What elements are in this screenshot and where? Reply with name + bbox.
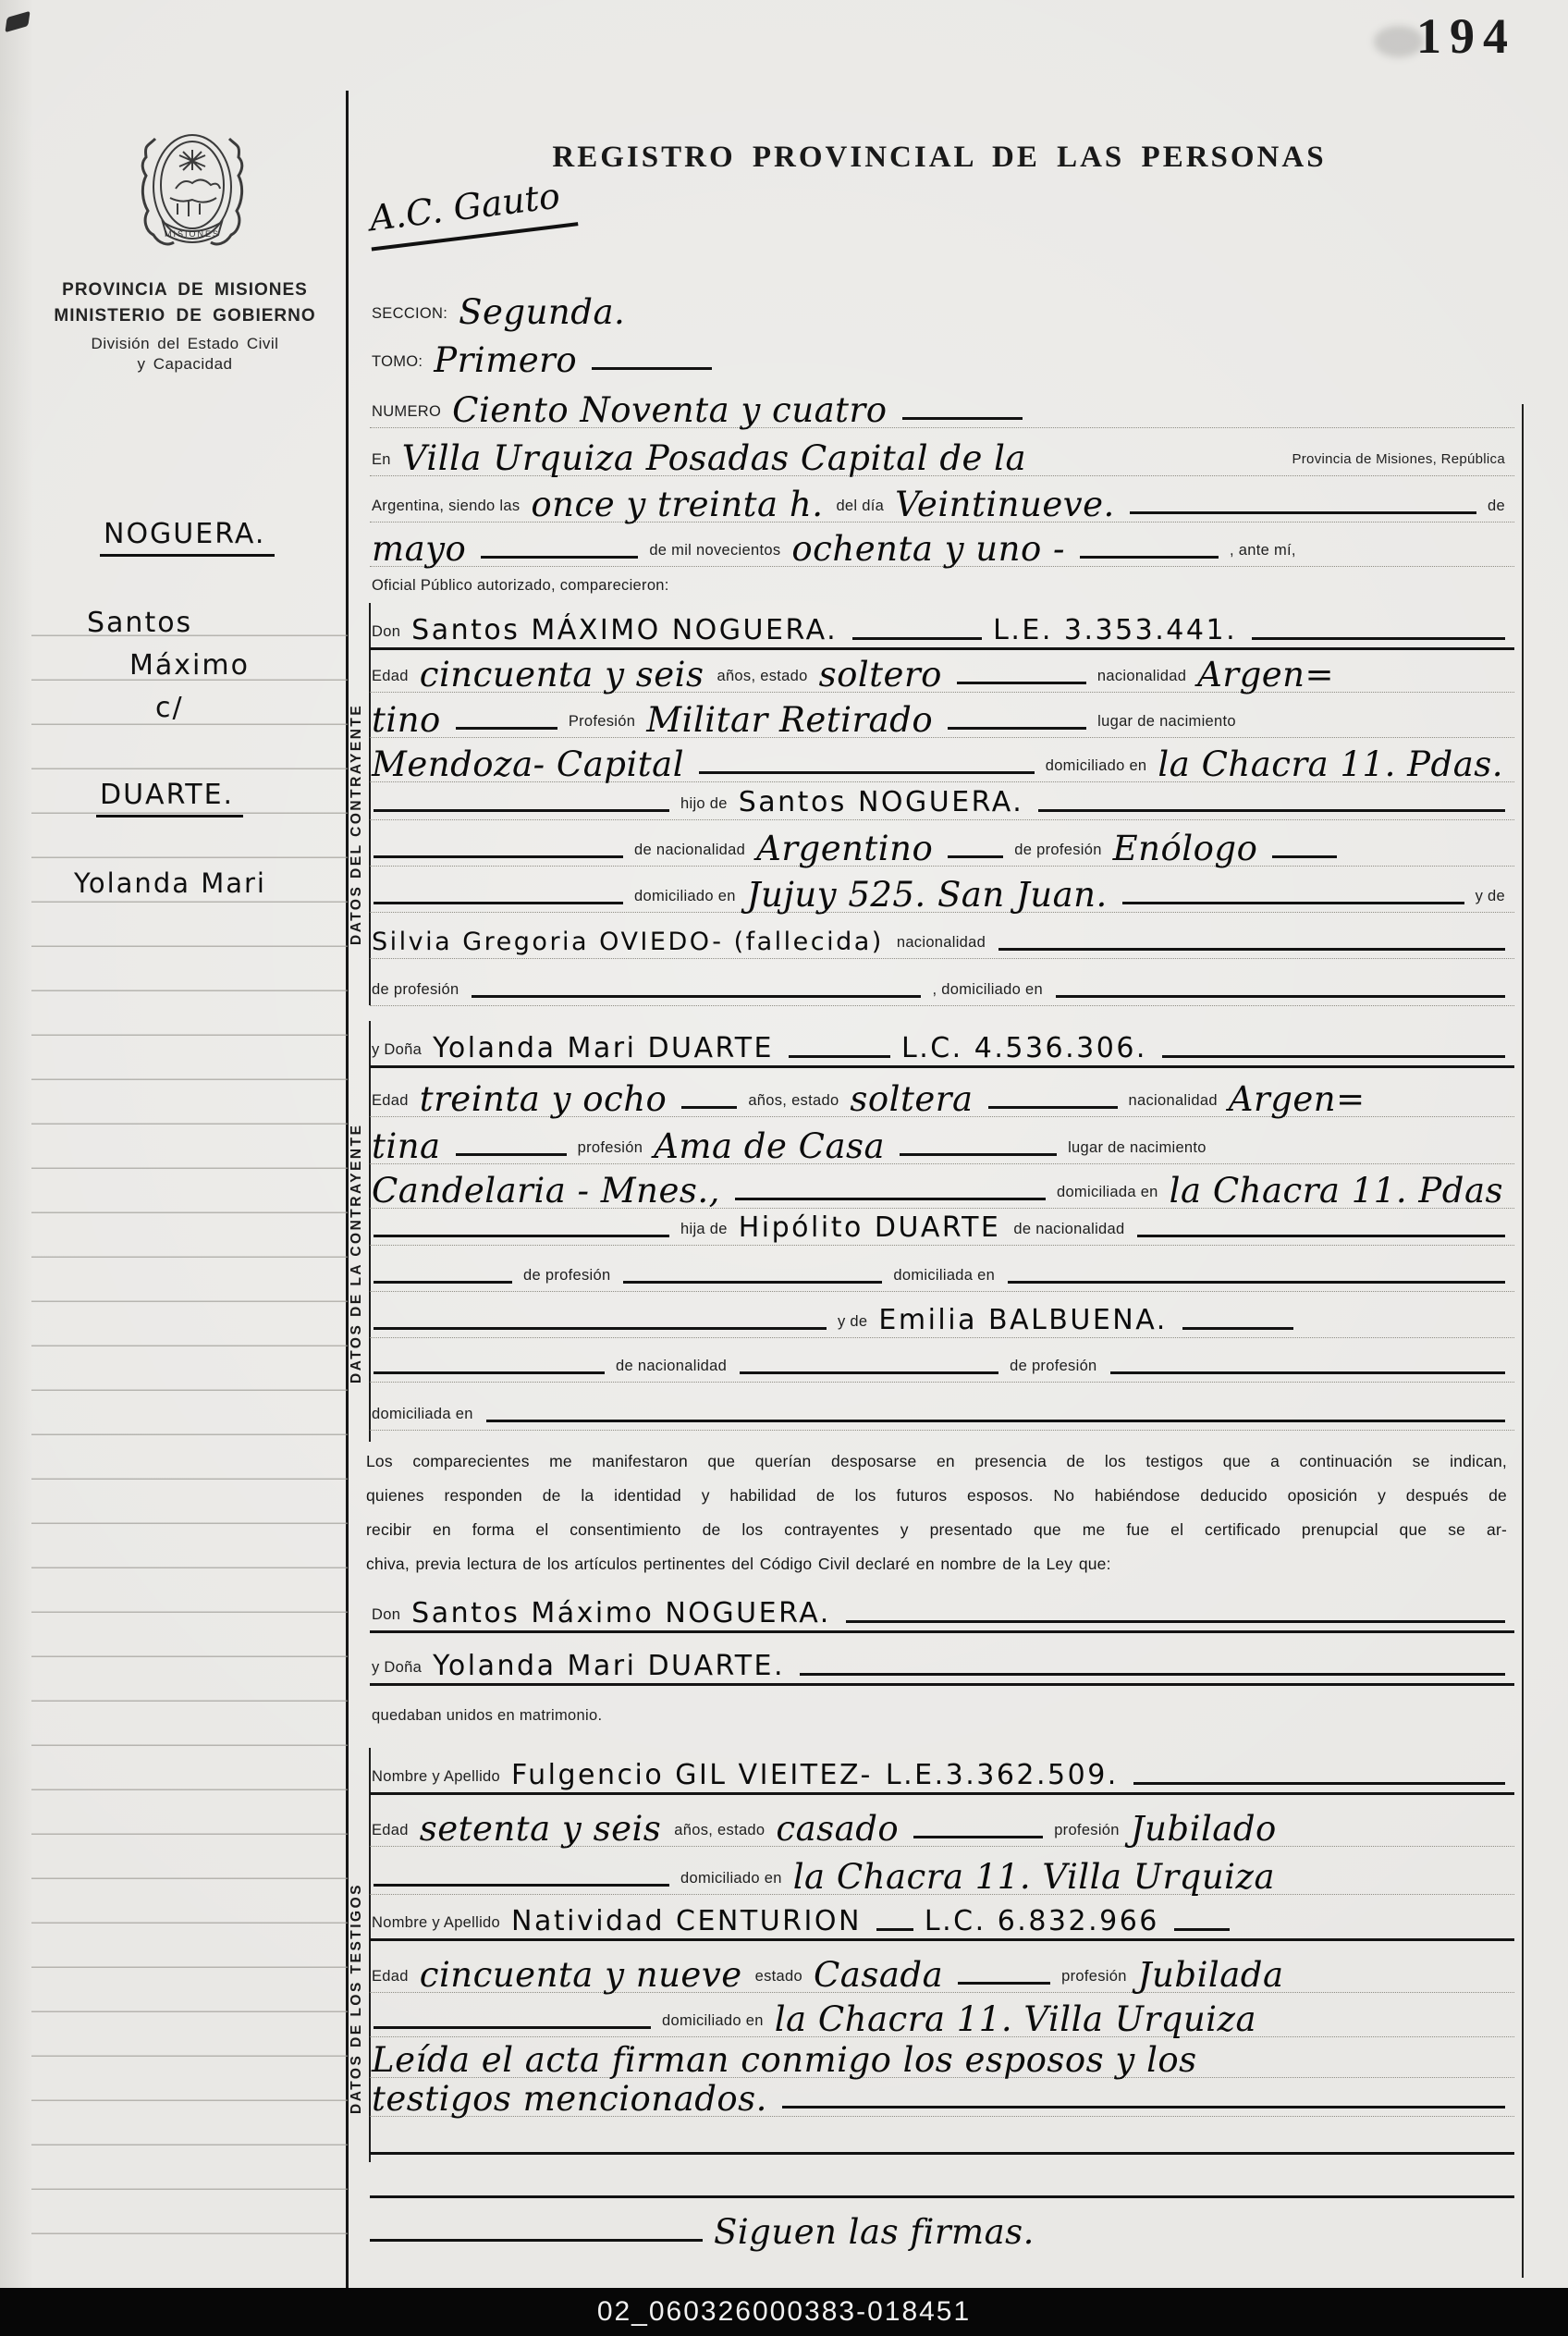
firmas-note: Siguen las firmas. xyxy=(712,2217,1046,2249)
field-blank-line-1 xyxy=(370,2112,1514,2160)
nombre-apellido-label: Nombre y Apellido xyxy=(370,1914,509,1938)
rule-stroke xyxy=(846,1620,1505,1623)
rule-stroke xyxy=(1130,511,1476,514)
bride-estado-value: soltera xyxy=(848,1084,984,1116)
field-tomo: TOMO: Primero xyxy=(370,329,1514,377)
rule-stroke xyxy=(852,637,982,640)
field-witness1-name: Nombre y Apellido Fulgencio GIL VIEITEZ-… xyxy=(370,1744,1514,1795)
rule-stroke xyxy=(592,367,712,370)
field-groom-profesion: tino Profesión Militar Retirado lugar de… xyxy=(370,689,1514,738)
margin-ruled-lines xyxy=(31,592,348,2271)
rule-stroke xyxy=(472,995,921,998)
rule-stroke xyxy=(374,1281,512,1284)
groom-nacionalidad-value: Argen= xyxy=(1195,659,1345,692)
field-bride-madre: y de Emilia BALBUENA. xyxy=(370,1289,1514,1338)
declaration-line: chiva, previa lectura de los artículos p… xyxy=(366,1547,1507,1581)
letterhead-division-1: División del Estado Civil xyxy=(46,334,324,354)
field-bride-profesion: tina profesión Ama de Casa lugar de naci… xyxy=(370,1115,1514,1164)
bride-name-value: Yolanda Mari DUARTE xyxy=(431,1036,785,1066)
matrimonio-label: quedaban unidos en matrimonio. xyxy=(370,1707,611,1731)
rule-stroke xyxy=(370,2152,1514,2155)
scanned-marriage-certificate: 194 MISIONES PROVINCIA DE MISIONES MINIS… xyxy=(0,0,1568,2336)
rule-stroke xyxy=(374,1235,669,1237)
field-closing-line2: testigos mencionados. xyxy=(370,2068,1514,2117)
domiciliada-en-label: domiciliada en xyxy=(370,1406,483,1430)
seccion-value: Segunda. xyxy=(457,297,636,329)
rule-stroke xyxy=(623,1281,882,1284)
field-lugar: En Villa Urquiza Posadas Capital de la P… xyxy=(370,427,1514,476)
witness1-estado-value: casado xyxy=(774,1813,910,1846)
rule-stroke xyxy=(948,727,1086,730)
rule-stroke xyxy=(957,682,1086,684)
witness2-name-value: Natividad CENTURION xyxy=(509,1909,873,1939)
field-witness2-name: Nombre y Apellido Natividad CENTURION L.… xyxy=(370,1890,1514,1941)
domiciliado-en-label: , domiciliado en xyxy=(930,981,1051,1005)
tomo-label: TOMO: xyxy=(370,353,432,377)
anos-estado-label: años, estado xyxy=(746,1092,848,1116)
numero-value: Ciento Noventa y cuatro xyxy=(450,395,898,427)
rule-stroke xyxy=(948,855,1003,858)
rule-stroke xyxy=(681,1106,737,1109)
margin-groom-given-1: Santos xyxy=(87,607,192,639)
declaration-paragraph: Los comparecientes me manifestaron que q… xyxy=(366,1445,1507,1581)
de-profesion-label: de profesión xyxy=(370,981,468,1005)
groom-madre-value: Silvia Gregoria OVIEDO- (fallecida) xyxy=(370,930,895,958)
rule-stroke xyxy=(1056,995,1505,998)
rule-stroke xyxy=(1038,809,1505,812)
de-profesion-label: de profesión xyxy=(1008,1358,1106,1382)
y-de-label: y de xyxy=(1474,888,1514,912)
rule-stroke xyxy=(900,1153,1057,1156)
groom-nacionalidad-cont: tino xyxy=(370,705,452,737)
field-oficial: Oficial Público autorizado, compareciero… xyxy=(370,559,1514,601)
rule-stroke xyxy=(740,1371,998,1374)
rule-stroke xyxy=(958,1982,1050,1985)
vow-groom-name: Santos Máximo NOGUERA. xyxy=(410,1601,842,1631)
profesion-label: profesión xyxy=(1052,1822,1129,1846)
rule-stroke xyxy=(1252,637,1505,640)
groom-padre-nacionalidad-value: Argentino xyxy=(754,833,944,866)
margin-bride-surname: DUARTE. xyxy=(96,779,243,818)
de-nacionalidad-label: de nacionalidad xyxy=(614,1358,736,1382)
rule-stroke xyxy=(374,1371,605,1374)
letterhead-ministry: MINISTERIO DE GOBIERNO xyxy=(46,303,324,329)
field-groom-madre: Silvia Gregoria OVIEDO- (fallecida) naci… xyxy=(370,910,1514,959)
field-bride-madre-nacionalidad: de nacionalidad de profesión xyxy=(370,1334,1514,1383)
domiciliada-en-label: domiciliada en xyxy=(891,1267,1004,1291)
edad-label: Edad xyxy=(370,1822,418,1846)
rule-stroke xyxy=(876,1928,913,1931)
field-groom-madre-profesion: de profesión , domiciliado en xyxy=(370,957,1514,1006)
witness1-profesion-value: Jubilado xyxy=(1129,1813,1288,1846)
bride-nacionalidad-value: Argen= xyxy=(1227,1084,1377,1116)
hija-de-label: hija de xyxy=(679,1221,737,1245)
rule-stroke xyxy=(902,417,1023,420)
oficial-label: Oficial Público autorizado, compareciero… xyxy=(370,577,679,601)
dia-value: Veintinueve. xyxy=(893,489,1126,522)
seal-banner-label: MISIONES xyxy=(165,229,220,239)
rule-stroke xyxy=(998,948,1505,951)
nombre-apellido-label: Nombre y Apellido xyxy=(370,1768,509,1792)
rule-stroke xyxy=(374,902,623,904)
tomo-value: Primero xyxy=(432,345,588,377)
hora-value: once y treinta h. xyxy=(529,489,834,522)
declaration-line: recibir en forma el consentimiento de lo… xyxy=(366,1513,1507,1547)
groom-padre-domicilio-value: Jujuy 525. San Juan. xyxy=(745,879,1119,912)
rule-stroke xyxy=(370,2239,703,2242)
right-edge-line xyxy=(1522,404,1524,2278)
rule-stroke xyxy=(1008,1281,1505,1284)
witness2-profesion-value: Jubilada xyxy=(1136,1960,1295,1992)
officer-annotation: A.C. Gauto xyxy=(366,176,579,251)
groom-padre-value: Santos NOGUERA. xyxy=(737,790,1035,820)
groom-estado-value: soltero xyxy=(817,659,953,692)
field-vow-bride: y Doña Yolanda Mari DUARTE. xyxy=(370,1635,1514,1686)
field-vow-groom: Don Santos Máximo NOGUERA. xyxy=(370,1582,1514,1633)
misiones-provincial-seal-icon: MISIONES xyxy=(135,122,250,263)
de-nacionalidad-label: de nacionalidad xyxy=(1011,1221,1133,1245)
rule-stroke xyxy=(456,1153,567,1156)
en-label: En xyxy=(370,451,400,475)
rule-stroke xyxy=(1182,1327,1293,1330)
letterhead: PROVINCIA DE MISIONES MINISTERIO DE GOBI… xyxy=(46,277,324,375)
bride-edad-value: treinta y ocho xyxy=(418,1084,679,1116)
bride-padre-value: Hipólito DUARTE xyxy=(737,1215,1012,1246)
groom-padre-profesion-value: Enólogo xyxy=(1111,833,1269,866)
margin-groom-given-2: Máximo xyxy=(129,649,250,682)
rule-stroke xyxy=(782,2106,1505,2109)
seccion-label: SECCION: xyxy=(370,305,457,329)
witness1-domicilio-value: la Chacra 11. Villa Urquiza xyxy=(791,1862,1286,1894)
field-numero: NUMERO Ciento Noventa y cuatro xyxy=(370,379,1514,428)
de-profesion-label: de profesión xyxy=(521,1267,619,1291)
groom-edad-value: cincuenta y seis xyxy=(418,659,716,692)
lugar-value: Villa Urquiza Posadas Capital de la xyxy=(400,443,1037,475)
don-label: Don xyxy=(370,1606,410,1630)
field-groom-name: Don Santos MÁXIMO NOGUERA. L.E. 3.353.44… xyxy=(370,599,1514,650)
scan-footer-bar: 02_060326000383-018451 xyxy=(0,2288,1568,2336)
field-blank-line-2 xyxy=(370,2156,1514,2204)
field-witness1-domicilio: domiciliado en la Chacra 11. Villa Urqui… xyxy=(370,1846,1514,1895)
edad-label: Edad xyxy=(370,1092,418,1116)
witness1-name-value: Fulgencio GIL VIEITEZ- xyxy=(509,1763,884,1793)
field-bride-madre-domicilio: domiciliada en xyxy=(370,1382,1514,1431)
rule-stroke xyxy=(789,1055,890,1058)
field-witness1-edad: Edad setenta y seis años, estado casado … xyxy=(370,1798,1514,1847)
vow-bride-name: Yolanda Mari DUARTE. xyxy=(431,1654,796,1684)
witness2-edad-value: cincuenta y nueve xyxy=(418,1960,753,1992)
margin-bride-given: Yolanda Mari xyxy=(74,867,266,899)
witness2-document-value: L.C. 6.832.966 xyxy=(923,1909,1170,1939)
rule-stroke xyxy=(1162,1055,1505,1058)
form-title: REGISTRO PROVINCIAL DE LAS PERSONAS xyxy=(370,141,1509,175)
rule-stroke xyxy=(456,727,557,730)
rule-stroke xyxy=(1133,1782,1505,1785)
field-groom-edad: Edad cincuenta y seis años, estado solte… xyxy=(370,644,1514,693)
hijo-de-label: hijo de xyxy=(679,795,737,819)
dona-label: y Doña xyxy=(370,1659,431,1683)
scan-code: 02_060326000383-018451 xyxy=(597,2296,971,2328)
dona-label: y Doña xyxy=(370,1041,431,1065)
rule-stroke xyxy=(370,2195,1514,2198)
bride-profesion-value: Ama de Casa xyxy=(652,1131,896,1163)
declaration-line: Los comparecientes me manifestaron que q… xyxy=(366,1445,1507,1479)
field-witness2-edad: Edad cincuenta y nueve estado Casada pro… xyxy=(370,1944,1514,1993)
field-groom-padre: hijo de Santos NOGUERA. xyxy=(370,771,1514,820)
rule-stroke xyxy=(374,1327,827,1330)
field-bride-name: y Doña Yolanda Mari DUARTE L.C. 4.536.30… xyxy=(370,1017,1514,1068)
nacionalidad-label: nacionalidad xyxy=(1127,1092,1227,1116)
rule-stroke xyxy=(1174,1928,1230,1931)
rule-stroke xyxy=(1122,902,1464,904)
section-label-witnesses: DATOS DE LOS TESTIGOS xyxy=(347,1838,367,2158)
page-number-stamp: 194 xyxy=(1416,7,1516,65)
anos-estado-label: años, estado xyxy=(672,1822,774,1846)
field-bride-padre: hija de Hipólito DUARTE de nacionalidad xyxy=(370,1197,1514,1246)
provincia-printed-text: Provincia de Misiones, República xyxy=(1290,451,1514,475)
rule-stroke xyxy=(988,1106,1118,1109)
numero-label: NUMERO xyxy=(370,403,450,427)
madre-nacionalidad-label: nacionalidad xyxy=(895,934,995,958)
field-groom-padre-nacionalidad: de nacionalidad Argentino de profesión E… xyxy=(370,818,1514,867)
rule-stroke xyxy=(486,1420,1505,1422)
witness1-document-value: L.E.3.362.509. xyxy=(884,1763,1130,1793)
field-groom-padre-domicilio: domiciliado en Jujuy 525. San Juan. y de xyxy=(370,864,1514,913)
witness1-edad-value: setenta y seis xyxy=(418,1813,673,1846)
section-label-bride: DATOS DE LA CONTRAYENTE xyxy=(347,1071,367,1436)
field-bride-padre-profesion: de profesión domiciliada en xyxy=(370,1243,1514,1292)
rule-stroke xyxy=(1137,1235,1505,1237)
bride-nacionalidad-cont: tina xyxy=(370,1131,452,1163)
field-hora-dia: Argentina, siendo las once y treinta h. … xyxy=(370,473,1514,523)
rule-stroke xyxy=(374,1884,669,1887)
margin-groom-surname: NOGUERA. xyxy=(100,518,275,557)
de-nacionalidad-label: de nacionalidad xyxy=(632,842,754,866)
rule-stroke xyxy=(1272,855,1337,858)
scan-artifact-mark xyxy=(5,11,30,32)
witness2-estado-value: Casada xyxy=(812,1960,954,1992)
groom-profesion-value: Militar Retirado xyxy=(644,705,944,737)
field-seccion: SECCION: Segunda. xyxy=(370,281,1514,329)
rule-stroke xyxy=(913,1836,1043,1838)
letterhead-division-2: y Capacidad xyxy=(46,354,324,375)
rule-stroke xyxy=(1110,1371,1505,1374)
rule-stroke xyxy=(800,1673,1505,1676)
rule-stroke xyxy=(374,809,669,812)
de-profesion-label: de profesión xyxy=(1012,842,1110,866)
section-label-groom: DATOS DEL CONTRAYENTE xyxy=(347,647,367,1001)
field-matrimonio-statement: quedaban unidos en matrimonio. xyxy=(370,1689,1514,1731)
letterhead-province: PROVINCIA DE MISIONES xyxy=(46,277,324,303)
bride-document-value: L.C. 4.536.306. xyxy=(900,1036,1158,1066)
rule-stroke xyxy=(374,855,623,858)
field-bride-edad: Edad treinta y ocho años, estado soltera… xyxy=(370,1068,1514,1117)
domiciliado-en-label: domiciliado en xyxy=(632,888,745,912)
declaration-line: quienes responden de la identidad y habi… xyxy=(366,1479,1507,1513)
margin-versus: c/ xyxy=(155,692,184,724)
closing-text-2: testigos mencionados. xyxy=(370,2084,778,2116)
field-firmas: Siguen las firmas. xyxy=(370,2201,1509,2249)
